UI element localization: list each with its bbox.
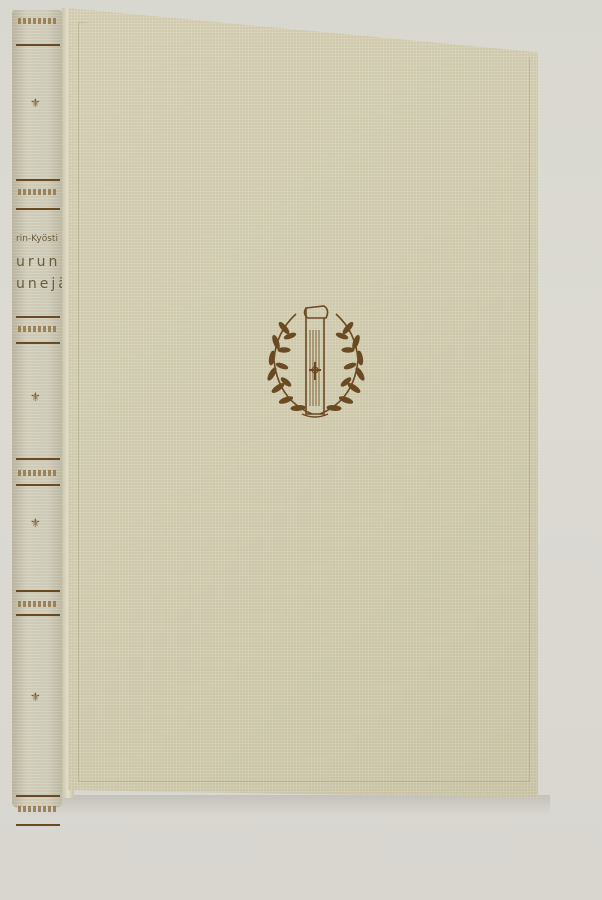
spine-band bbox=[16, 44, 60, 46]
spine-band bbox=[16, 824, 60, 826]
spine-band bbox=[16, 484, 60, 486]
spine-ornament bbox=[18, 326, 56, 332]
spine-fleuron-icon: ⚜ bbox=[30, 96, 41, 110]
spine-author: rin-Kyösti bbox=[16, 234, 58, 244]
spine-band bbox=[16, 316, 60, 318]
spine-fleuron-icon: ⚜ bbox=[30, 390, 41, 404]
spine-band bbox=[16, 208, 60, 210]
book-spine bbox=[12, 10, 62, 808]
laurel-wreath-lyre-icon bbox=[262, 302, 370, 424]
spine-band bbox=[16, 614, 60, 616]
spine-band bbox=[16, 458, 60, 460]
book-photo: ⚜ rin-Kyösti urun unejä ⚜ ⚜ ⚜ bbox=[0, 0, 602, 900]
spine-top-ornament bbox=[18, 18, 56, 24]
spine-band bbox=[16, 342, 60, 344]
spine-bottom-ornament bbox=[18, 806, 56, 812]
spine-band bbox=[16, 179, 60, 181]
spine-fleuron-icon: ⚜ bbox=[30, 516, 41, 530]
spine-ornament bbox=[18, 189, 56, 195]
spine-fleuron-icon: ⚜ bbox=[30, 690, 41, 704]
spine-ornament bbox=[18, 470, 56, 476]
spine-band bbox=[16, 590, 60, 592]
spine-ornament bbox=[18, 601, 56, 607]
book-shadow bbox=[20, 795, 550, 815]
spine-title-line1: urun bbox=[16, 254, 60, 270]
spine-band bbox=[16, 795, 60, 797]
